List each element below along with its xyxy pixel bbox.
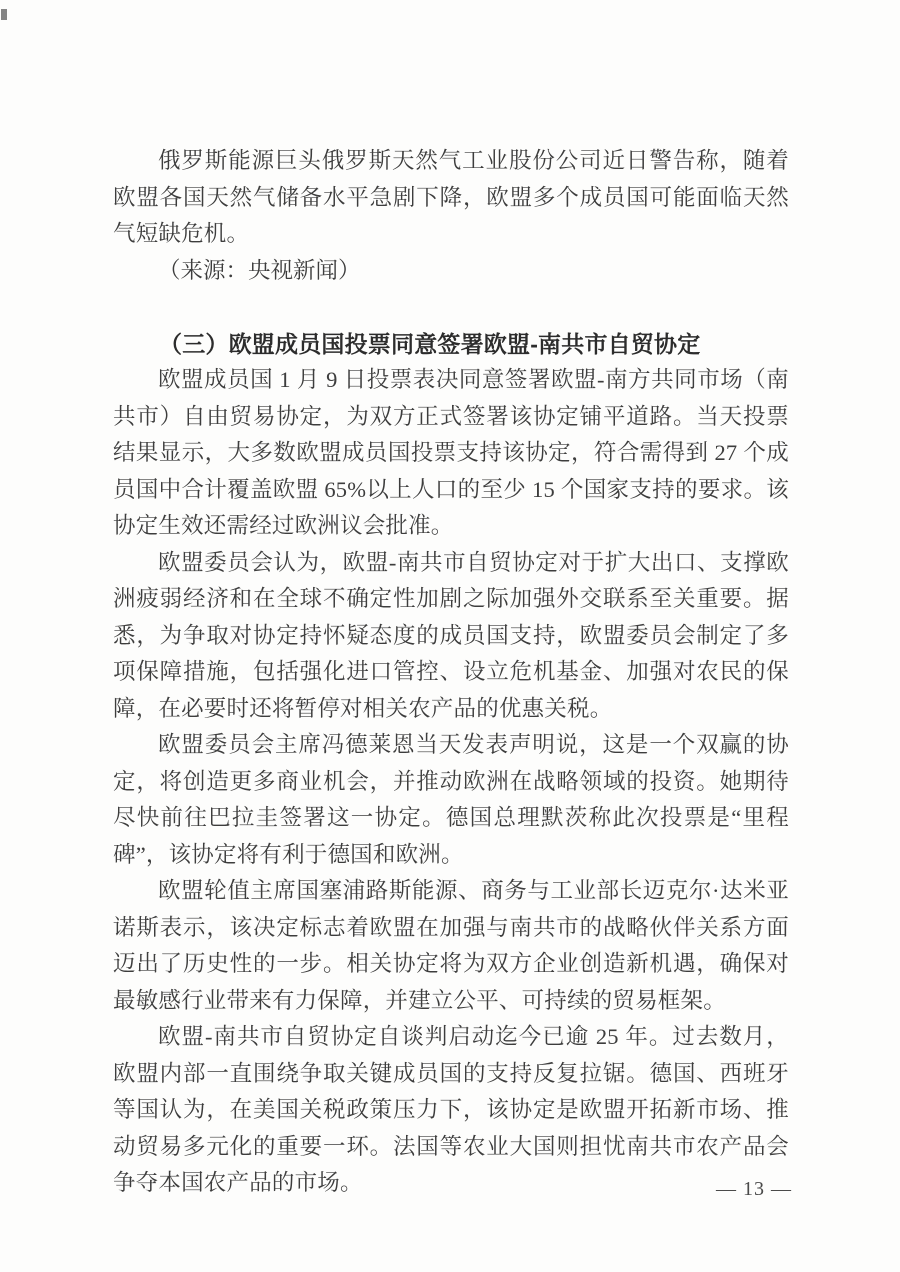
section-heading: （三）欧盟成员国投票同意签署欧盟-南共市自贸协定: [113, 326, 789, 363]
paragraph-commission-view: 欧盟委员会认为，欧盟-南共市自贸协定对于扩大出口、支撑欧洲疲弱经济和在全球不确定…: [113, 545, 789, 728]
document-page: 俄罗斯能源巨头俄罗斯天然气工业股份公司近日警告称，随着欧盟各国天然气储备水平急剧…: [0, 0, 900, 1272]
document-body: 俄罗斯能源巨头俄罗斯天然气工业股份公司近日警告称，随着欧盟各国天然气储备水平急剧…: [113, 143, 789, 1202]
scan-artifact: [1, 9, 7, 20]
paragraph-von-der-leyen-statement: 欧盟委员会主席冯德莱恩当天发表声明说，这是一个双赢的协定，将创造更多商业机会，并…: [113, 727, 789, 873]
paragraph-gazprom-warning: 俄罗斯能源巨头俄罗斯天然气工业股份公司近日警告称，随着欧盟各国天然气储备水平急剧…: [113, 143, 789, 253]
page-number: — 13 —: [716, 1177, 792, 1201]
paragraph-presidency-statement: 欧盟轮值主席国塞浦路斯能源、商务与工业部长迈克尔·达米亚诺斯表示，该决定标志着欧…: [113, 873, 789, 1019]
paragraph-negotiation-history: 欧盟-南共市自贸协定自谈判启动迄今已逾 25 年。过去数月，欧盟内部一直围绕争取…: [113, 1019, 789, 1202]
source-note: （来源：央视新闻）: [113, 253, 789, 290]
page-footer: — 13 —: [0, 1177, 900, 1207]
paragraph-vote-result: 欧盟成员国 1 月 9 日投票表决同意签署欧盟-南方共同市场（南共市）自由贸易协…: [113, 362, 789, 545]
